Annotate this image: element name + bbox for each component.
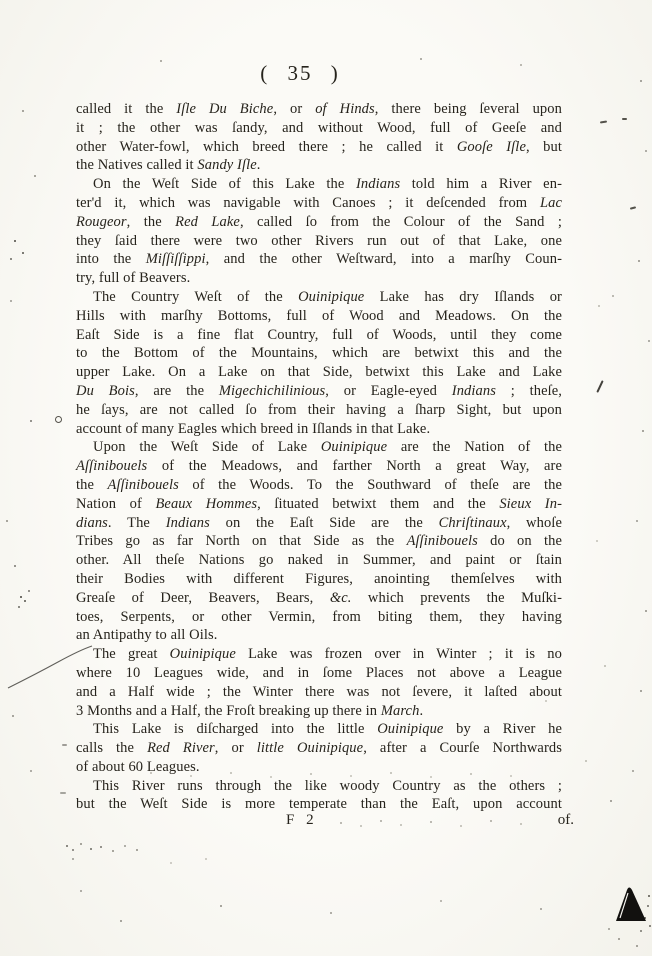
text-run: , are the: [135, 383, 219, 399]
text-run: , there being ſeveral upon: [375, 101, 562, 117]
text-run: and a Half wide ; the Winter there was n…: [76, 684, 562, 700]
italic-text-run: Lac: [540, 195, 562, 211]
italic-text-run: Gooſe Iſle: [457, 139, 526, 155]
text-line: Du Bois, are the Migechichilinious, or E…: [76, 382, 562, 401]
margin-dash-mark: [62, 744, 67, 746]
text-line: Greaſe of Deer, Beavers, Bears, &c. whic…: [76, 589, 562, 608]
scratch-mark: [6, 640, 94, 692]
margin-dash-mark: [600, 121, 607, 124]
text-run: called it the: [76, 101, 176, 117]
text-run: but the Weſt Side is more temperate than…: [76, 796, 562, 812]
italic-text-run: Red River: [147, 740, 215, 756]
text-line: ter'd it, which was navigable with Canoe…: [76, 194, 562, 213]
page-number-header: ( 35 ): [57, 61, 543, 86]
text-run: calls the: [76, 740, 147, 756]
text-run: by a River he: [443, 721, 562, 737]
text-run: , and the other Weſtward, into a marſhy …: [206, 251, 562, 267]
text-run: , or: [215, 740, 257, 756]
text-run: to the Bottom of the Mountains, which ar…: [76, 345, 562, 361]
italic-text-run: Ouinipique: [170, 646, 236, 662]
text-line: The great Ouinipique Lake was frozen ove…: [76, 645, 562, 664]
text-line: Rougeor, the Red Lake, called ſo from th…: [76, 213, 562, 232]
text-run: This River runs through the like woody C…: [93, 778, 562, 794]
italic-text-run: &c.: [330, 590, 352, 606]
text-line: into the Miſſiſſippi, and the other Weſt…: [76, 250, 562, 269]
faint-specks: [0, 0, 2, 2]
italic-text-run: Du Bois: [76, 383, 135, 399]
text-line: other Water-fowl, which breed there ; he…: [76, 138, 562, 157]
margin-dash-mark: [630, 206, 636, 209]
italic-text-run: Ouinipique: [321, 439, 387, 455]
text-run: , or: [273, 101, 315, 117]
corner-blot-artifact: [615, 886, 647, 922]
italic-text-run: Indians: [356, 176, 400, 192]
text-run: he ſays, are not called ſo from their ha…: [76, 402, 562, 418]
text-line: and a Half wide ; the Winter there was n…: [76, 683, 562, 702]
text-run: it ; the other was ſandy, and without Wo…: [76, 120, 562, 136]
text-line: an Antipathy to all Oils.: [76, 626, 562, 645]
text-line: This River runs through the like woody C…: [76, 777, 562, 796]
italic-text-run: Ouinipique: [377, 721, 443, 737]
text-line: 3 Months and a Half, the Froſt breaking …: [76, 702, 562, 721]
text-line: On the Weſt Side of this Lake the Indian…: [76, 175, 562, 194]
text-run: do on the: [478, 533, 562, 549]
italic-text-run: Indians: [452, 383, 496, 399]
signature-mark: F 2: [286, 812, 318, 829]
italic-text-run: March: [381, 703, 420, 719]
text-run: This Lake is diſcharged into the little: [93, 721, 377, 737]
italic-text-run: of Hinds: [315, 101, 375, 117]
text-run: try, full of Beavers.: [76, 270, 190, 286]
text-run: where 10 Leagues wide, and in ſome Place…: [76, 665, 562, 681]
text-run: . The: [108, 515, 166, 531]
text-run: Hills with marſhy Bottoms, full of Wood …: [76, 308, 562, 324]
text-line: account of many Eagles which breed in Iſ…: [76, 420, 562, 439]
text-line: Hills with marſhy Bottoms, full of Wood …: [76, 307, 562, 326]
text-run: toes, Serpents, or other Vermin, from bi…: [76, 609, 562, 625]
text-run: The Country Weſt of the: [93, 289, 298, 305]
text-run: other Water-fowl, which breed there ; he…: [76, 139, 457, 155]
text-run: Upon the Weſt Side of Lake: [93, 439, 321, 455]
text-run: Lake was frozen over in Winter ; it is n…: [236, 646, 562, 662]
text-run: Tribes go as far North on that Side as t…: [76, 533, 407, 549]
text-run: told him a River en-: [400, 176, 562, 192]
margin-dash-mark: [622, 118, 627, 120]
text-line: where 10 Leagues wide, and in ſome Place…: [76, 664, 562, 683]
text-run: .: [257, 157, 261, 173]
text-run: , but: [526, 139, 562, 155]
text-line: Upon the Weſt Side of Lake Ouinipique ar…: [76, 438, 562, 457]
text-run: are the Nation of the: [387, 439, 562, 455]
text-run: into the: [76, 251, 146, 267]
italic-text-run: Iſle Du Biche: [176, 101, 273, 117]
text-run: they ſaid there were two other Rivers ru…: [76, 233, 562, 249]
text-line: This Lake is diſcharged into the little …: [76, 720, 562, 739]
text-run: of the Woods. To the Southward of theſe …: [179, 477, 562, 493]
text-run: Eaſt Side is a fine flat Country, full o…: [76, 327, 562, 343]
italic-text-run: Chriſtinaux: [439, 515, 507, 531]
text-run: of about 60 Leagues.: [76, 759, 200, 775]
text-run: The great: [93, 646, 170, 662]
italic-text-run: little Ouinipique: [257, 740, 363, 756]
text-run: upper Lake. On a Lake on that Side, betw…: [76, 364, 562, 380]
text-line: try, full of Beavers.: [76, 269, 562, 288]
text-run: the: [76, 477, 108, 493]
text-run: Lake has dry Iſlands or: [364, 289, 562, 305]
text-line: upper Lake. On a Lake on that Side, betw…: [76, 363, 562, 382]
italic-text-run: Rougeor: [76, 214, 127, 230]
text-line: the Aſſinibouels of the Woods. To the So…: [76, 476, 562, 495]
italic-text-run: Aſſinibouels: [108, 477, 179, 493]
text-run: , the: [127, 214, 175, 230]
italic-text-run: Migechichilinious: [219, 383, 325, 399]
text-run: which prevents the Muſki-: [351, 590, 562, 606]
text-line: it ; the other was ſandy, and without Wo…: [76, 119, 562, 138]
text-run: 3 Months and a Half, the Froſt breaking …: [76, 703, 381, 719]
text-run: Nation of: [76, 496, 155, 512]
text-run: on the Eaſt Side are the: [210, 515, 439, 531]
text-line: dians. The Indians on the Eaſt Side are …: [76, 514, 562, 533]
italic-text-run: Aſſinibouels: [76, 458, 147, 474]
text-block: called it the Iſle Du Biche, or of Hinds…: [76, 100, 562, 814]
text-run: ; theſe,: [496, 383, 562, 399]
book-page-scan: ( 35 ) called it the Iſle Du Biche, or o…: [0, 0, 652, 956]
text-run: their Bodies with different Figures, ano…: [76, 571, 562, 587]
italic-text-run: dians: [76, 515, 108, 531]
text-line: their Bodies with different Figures, ano…: [76, 570, 562, 589]
italic-text-run: Beaux Hommes: [155, 496, 257, 512]
text-run: On the Weſt Side of this Lake the: [93, 176, 356, 192]
text-run: , called ſo from the Colour of the Sand …: [240, 214, 562, 230]
text-line: they ſaid there were two other Rivers ru…: [76, 232, 562, 251]
text-run: , whoſe: [507, 515, 562, 531]
text-line: he ſays, are not called ſo from their ha…: [76, 401, 562, 420]
italic-text-run: Aſſinibouels: [407, 533, 478, 549]
italic-text-run: Ouinipique: [298, 289, 364, 305]
margin-slash-mark: [596, 380, 603, 393]
text-run: an Antipathy to all Oils.: [76, 627, 217, 643]
text-line: called it the Iſle Du Biche, or of Hinds…: [76, 100, 562, 119]
text-run: ter'd it, which was navigable with Canoe…: [76, 195, 540, 211]
catchword: of.: [558, 812, 574, 829]
text-run: of the Meadows, and farther North a grea…: [147, 458, 562, 474]
margin-ring-mark: [55, 416, 62, 423]
margin-dash-mark: [60, 792, 66, 794]
italic-text-run: Red Lake: [175, 214, 240, 230]
text-line: toes, Serpents, or other Vermin, from bi…: [76, 608, 562, 627]
italic-text-run: Miſſiſſippi: [146, 251, 206, 267]
text-run: , ſituated betwixt them and the: [257, 496, 499, 512]
text-line: the Natives called it Sandy Iſle.: [76, 156, 562, 175]
text-run: Greaſe of Deer, Beavers, Bears,: [76, 590, 330, 606]
text-run: other. All theſe Nations go naked in Sum…: [76, 552, 562, 568]
text-line: of about 60 Leagues.: [76, 758, 562, 777]
italic-text-run: Indians: [166, 515, 210, 531]
text-run: the Natives called it: [76, 157, 197, 173]
text-run: , after a Courſe Northwards: [363, 740, 562, 756]
text-line: Nation of Beaux Hommes, ſituated betwixt…: [76, 495, 562, 514]
text-line: Aſſinibouels of the Meadows, and farther…: [76, 457, 562, 476]
text-run: account of many Eagles which breed in Iſ…: [76, 421, 430, 437]
text-line: calls the Red River, or little Ouinipiqu…: [76, 739, 562, 758]
italic-text-run: Sandy Iſle: [197, 157, 256, 173]
text-line: to the Bottom of the Mountains, which ar…: [76, 344, 562, 363]
text-run: , or Eagle-eyed: [325, 383, 451, 399]
page-footer: F 2 of.: [76, 812, 562, 832]
text-line: Tribes go as far North on that Side as t…: [76, 532, 562, 551]
text-line: The Country Weſt of the Ouinipique Lake …: [76, 288, 562, 307]
text-run: .: [419, 703, 423, 719]
text-line: other. All theſe Nations go naked in Sum…: [76, 551, 562, 570]
italic-text-run: Sieux In-: [499, 496, 562, 512]
text-line: Eaſt Side is a fine flat Country, full o…: [76, 326, 562, 345]
